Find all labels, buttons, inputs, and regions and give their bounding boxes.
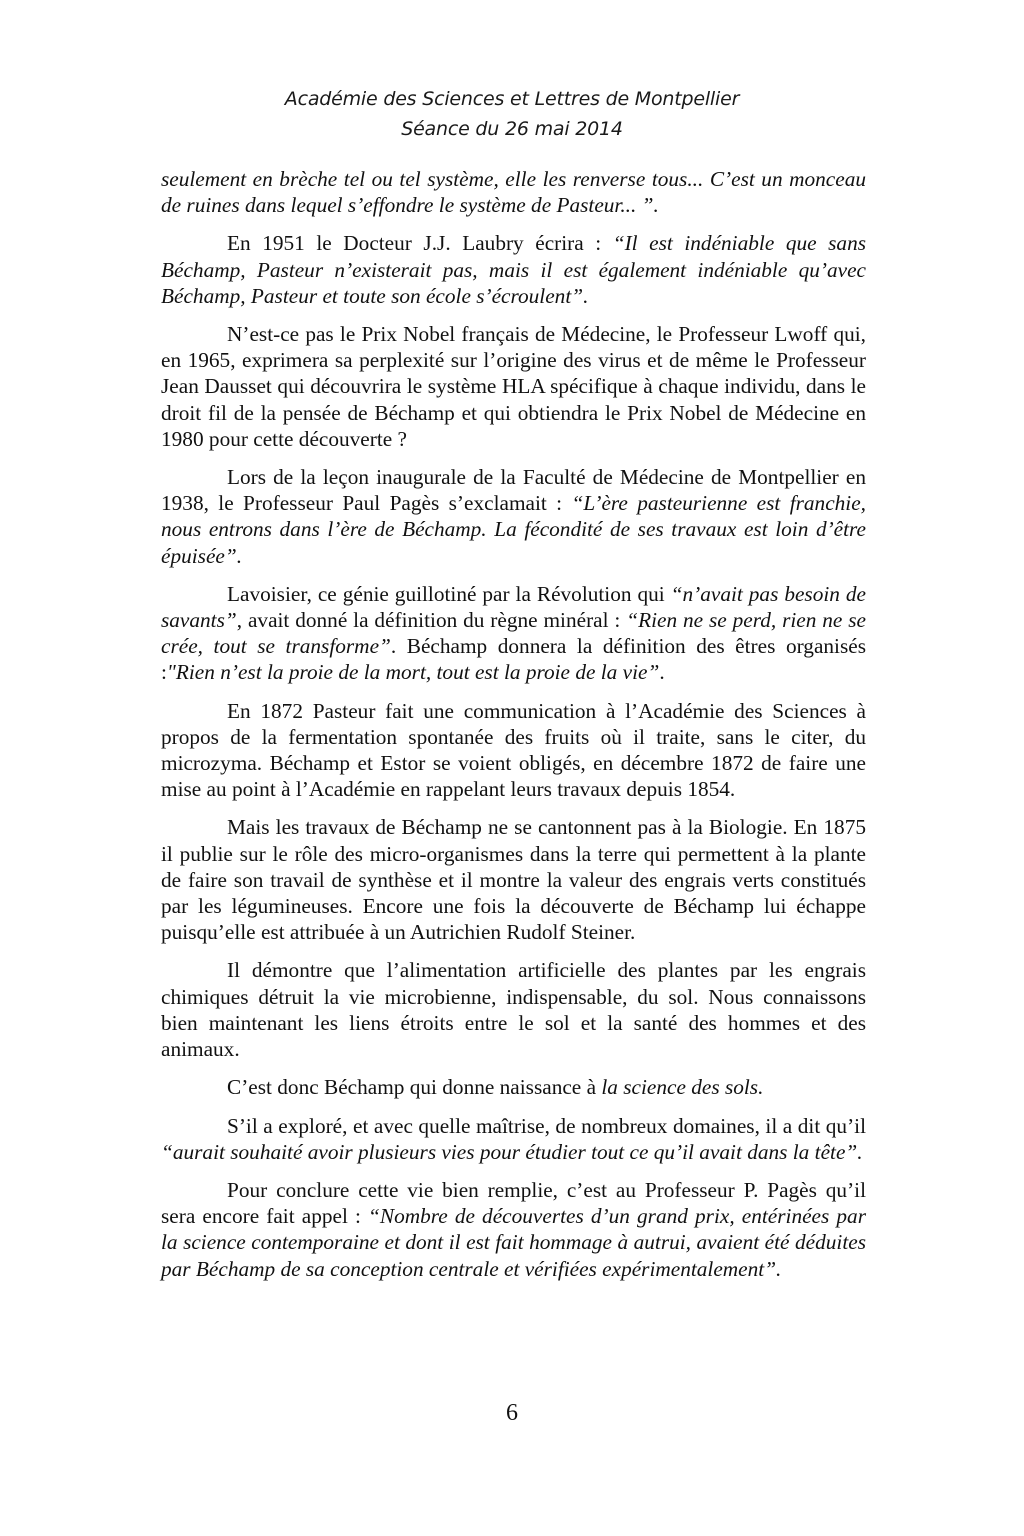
paragraph-conclusion: Pour conclure cette vie bien remplie, c’… (161, 1177, 866, 1282)
paragraph-chemical-fertilizers: Il démontre que l’alimentation artificie… (161, 957, 866, 1062)
text-run: En 1872 Pasteur fait une communication à… (161, 699, 866, 802)
paragraph-lwoff-dausset: N’est-ce pas le Prix Nobel français de M… (161, 321, 866, 452)
text-run: S’il a exploré, et avec quelle maîtrise,… (227, 1114, 866, 1138)
text-run: , avait donné la définition du règne min… (237, 608, 626, 632)
text-run: Il démontre que l’alimentation artificie… (161, 958, 866, 1061)
text-run: N’est-ce pas le Prix Nobel français de M… (161, 322, 866, 451)
page-header: Académie des Sciences et Lettres de Mont… (0, 84, 1024, 144)
text-run: C’est donc Béchamp qui donne naissance à (227, 1075, 601, 1099)
italic-quote: “aurait souhaité avoir plusieurs vies po… (161, 1140, 863, 1164)
paragraph-1872-communication: En 1872 Pasteur fait une communication à… (161, 698, 866, 803)
header-session-date: Séance du 26 mai 2014 (0, 114, 1024, 144)
document-page: Académie des Sciences et Lettres de Mont… (0, 0, 1024, 1536)
text-run: En 1951 le Docteur J.J. Laubry écrira : (227, 231, 613, 255)
text-run: . (659, 660, 664, 684)
text-run: Lavoisier, ce génie guillotiné par la Ré… (227, 582, 671, 606)
document-body: seulement en brèche tel ou tel système, … (161, 166, 866, 1282)
text-run: Mais les travaux de Béchamp ne se canton… (161, 815, 866, 944)
header-academy-title: Académie des Sciences et Lettres de Mont… (0, 84, 1024, 114)
paragraph-pages-1938: Lors de la leçon inaugurale de la Facult… (161, 464, 866, 569)
paragraph-many-lives: S’il a exploré, et avec quelle maîtrise,… (161, 1113, 866, 1165)
italic-quote: "Rien n’est la proie de la mort, tout es… (167, 660, 659, 684)
italic-quote: seulement en brèche tel ou tel système, … (161, 167, 866, 217)
paragraph-laubry: En 1951 le Docteur J.J. Laubry écrira : … (161, 230, 866, 309)
paragraph-lavoisier: Lavoisier, ce génie guillotiné par la Ré… (161, 581, 866, 686)
page-number: 6 (0, 1400, 1024, 1427)
paragraph-1875-soil: Mais les travaux de Béchamp ne se canton… (161, 814, 866, 945)
paragraph-quote-continuation: seulement en brèche tel ou tel système, … (161, 166, 866, 218)
italic-emphasis: la science des sols. (601, 1075, 763, 1099)
paragraph-soil-science: C’est donc Béchamp qui donne naissance à… (161, 1074, 866, 1100)
